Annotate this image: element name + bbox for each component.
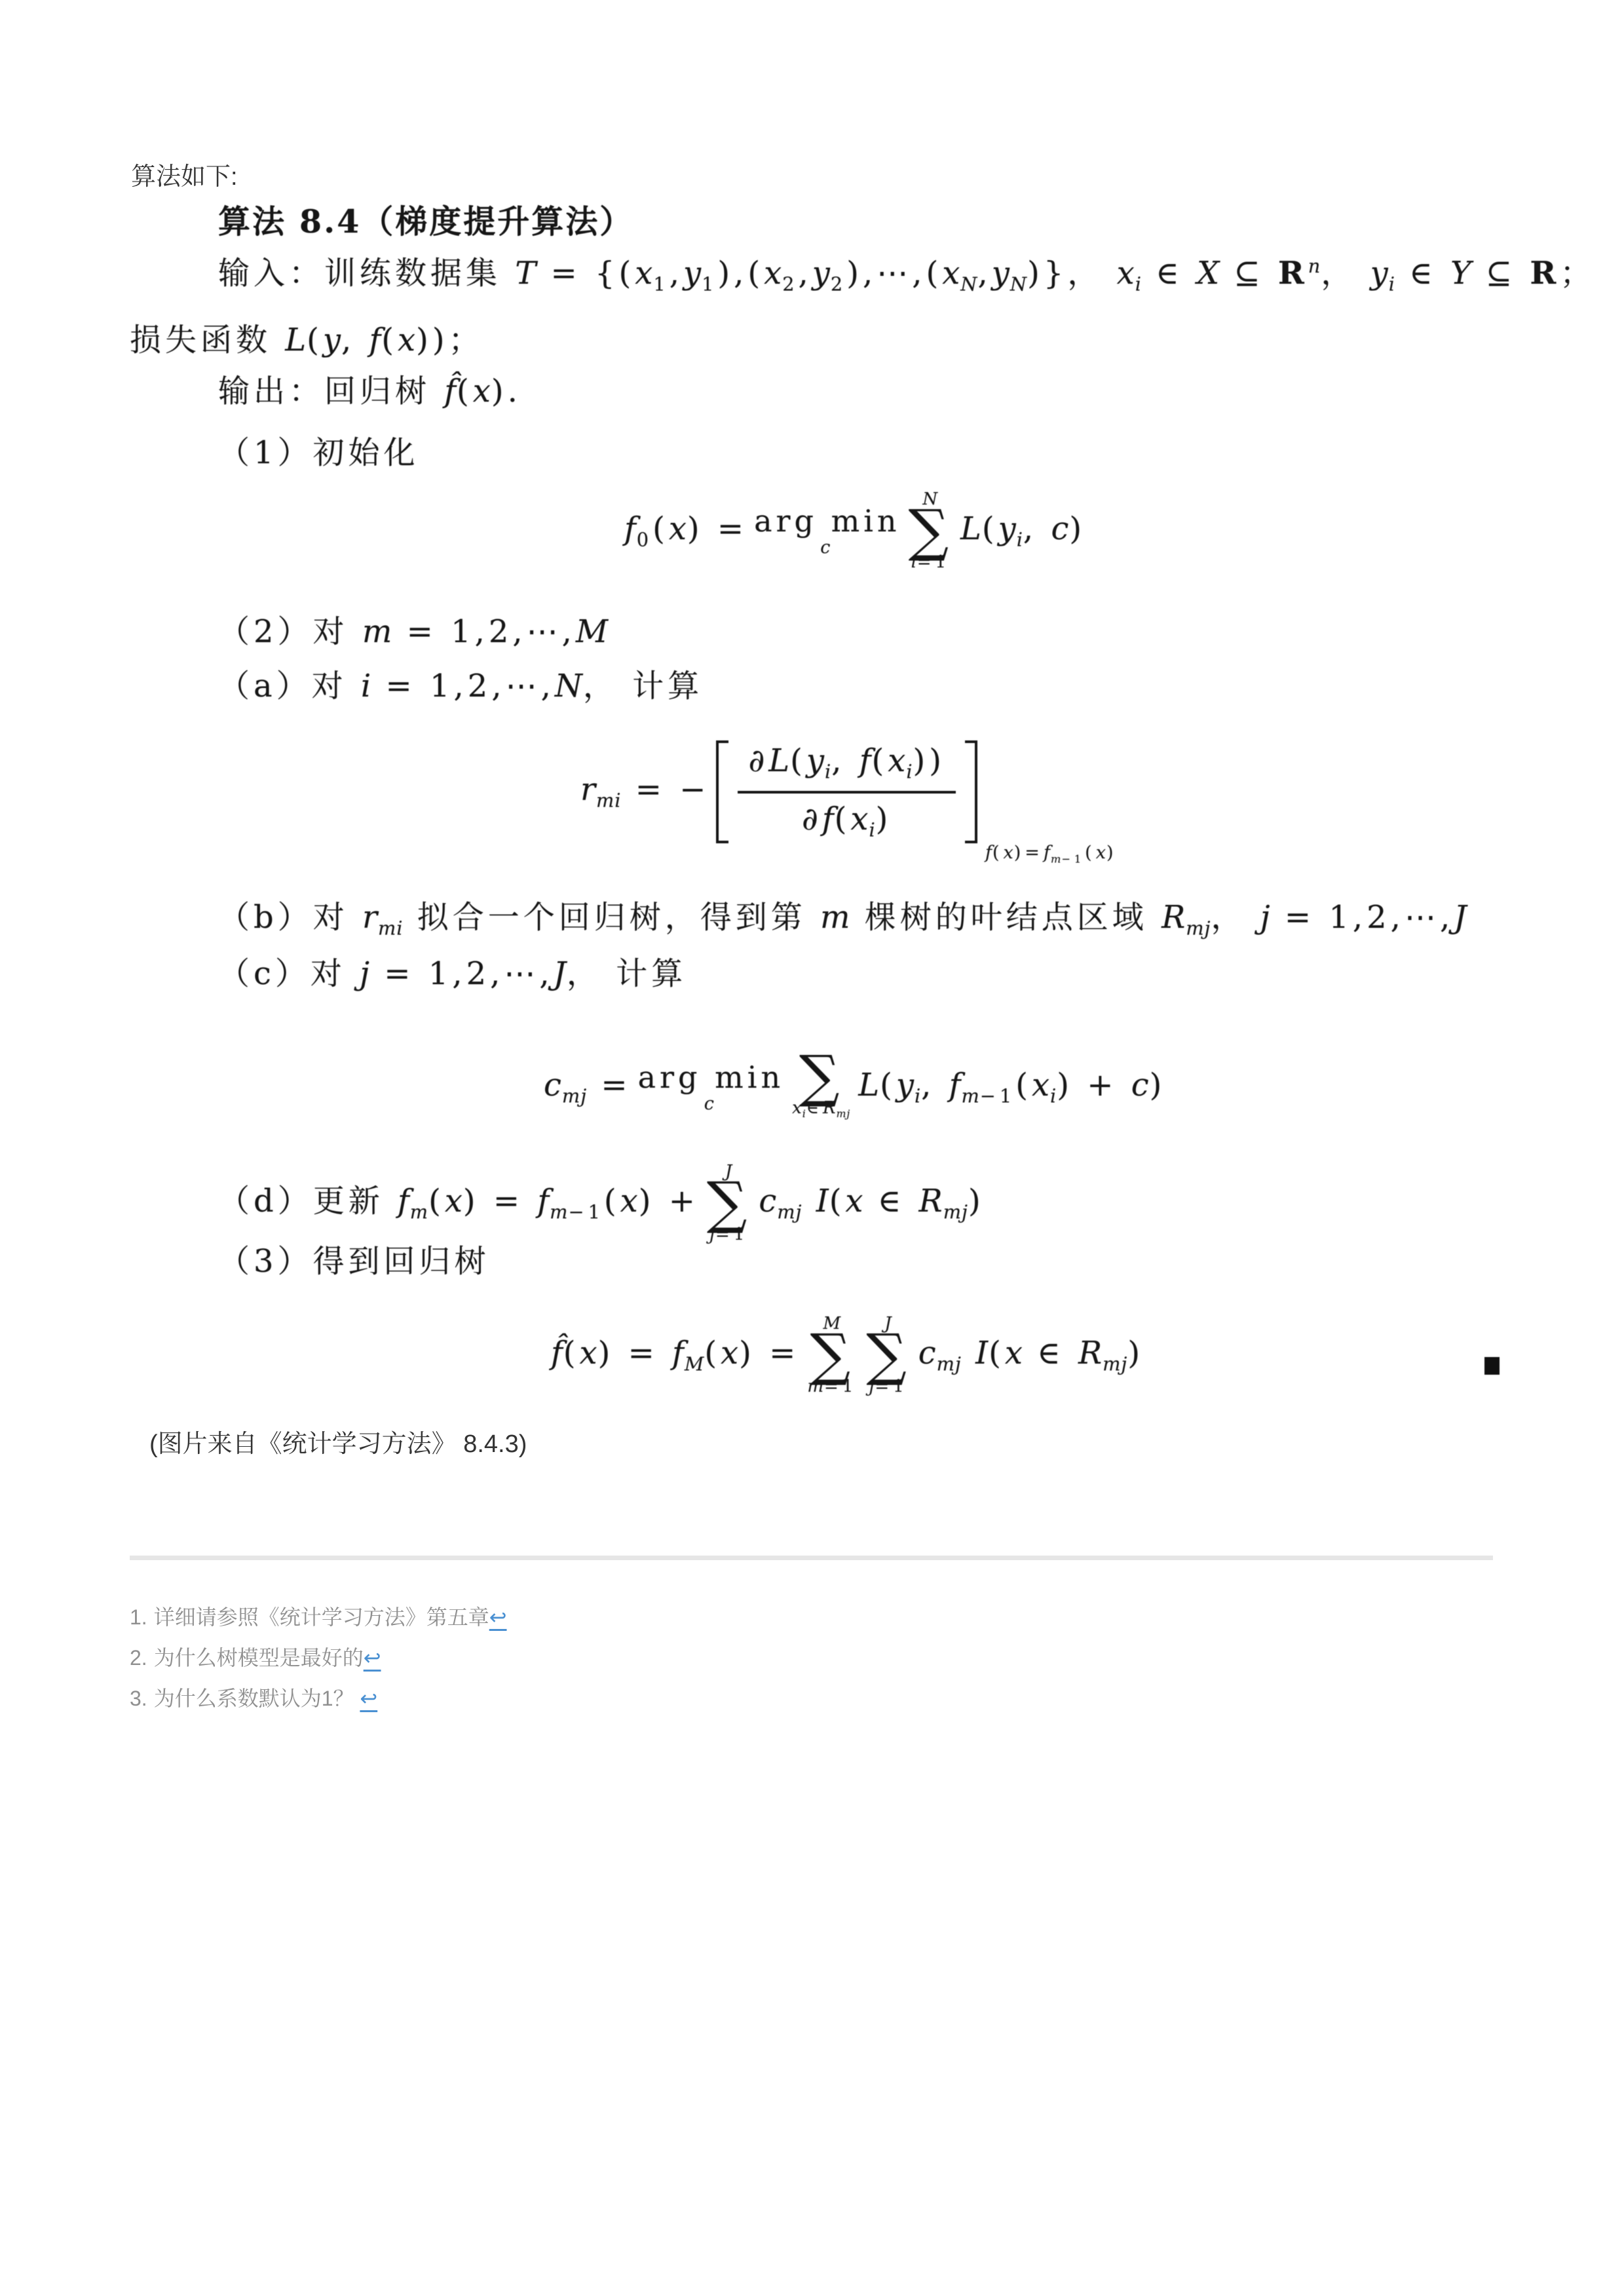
sigma-icon: ∑ <box>799 1055 843 1099</box>
footnote-text: 详细请参照《统计学习方法》第五章 <box>154 1605 489 1629</box>
derivative-fraction: ∂L(yi, f(xi)) ∂f(xi) <box>738 740 956 843</box>
sigma-icon: ∑ <box>810 1333 854 1377</box>
footnote-number: 2. <box>130 1646 147 1670</box>
footnote-item: 3.为什么系数默认为1？ ↩ <box>130 1685 507 1712</box>
algorithm-step3-line: （3）得到回归树 <box>218 1244 490 1280</box>
footnote-item: 2.为什么树模型是最好的↩ <box>130 1645 507 1671</box>
evaluation-condition: f(x)=fm−1(x) <box>985 843 1118 866</box>
formula-f0-rhs: L(yi, c) <box>960 511 1086 551</box>
sum-operator: M ∑ m=1 <box>807 1314 857 1396</box>
formula-update: （d）更新 fm(x) = fm−1(x) + J ∑ j=1 cmj I(x … <box>218 1162 985 1244</box>
footnote-text: 为什么树模型是最好的 <box>154 1646 364 1670</box>
formula-cmj: cmj = arg min c ∑ xi∈Rmj L(yi, fm−1(xi) … <box>544 1055 1165 1120</box>
sigma-icon: ∑ <box>909 509 953 553</box>
algorithm-step2b-line: （b）对 rmi 拟合一个回归树，得到第 m 棵树的叶结点区域 Rmj， j =… <box>218 900 1467 940</box>
intro-text: 算法如下: <box>131 156 238 192</box>
algorithm-step2-line: （2）对 m = 1,2,⋯,M <box>218 614 609 650</box>
algorithm-scan-image: 算法 8.4（梯度提升算法） 输入：训练数据集 T = {(x1,y1),(x2… <box>130 197 1493 1419</box>
sigma-icon: ∑ <box>866 1333 910 1377</box>
fraction-denominator: ∂f(xi) <box>791 794 902 844</box>
article-page: 算法如下: 算法 8.4（梯度提升算法） 输入：训练数据集 T = {(x1,y… <box>0 0 1624 2296</box>
algorithm-step1-line: （1）初始化 <box>218 435 419 471</box>
formula-cmj-lhs: cmj = <box>544 1067 632 1107</box>
image-caption: (图片来自《统计学习方法》 8.4.3) <box>149 1423 527 1459</box>
formula-update-prefix: （d）更新 fm(x) = fm−1(x) + <box>218 1183 699 1223</box>
footnote-text: 为什么系数默认为1？ <box>154 1687 360 1710</box>
formula-f0-lhs: f0(x) = <box>624 511 747 551</box>
argmin-operator: arg min c <box>754 506 900 556</box>
algorithm-title: 算法 8.4（梯度提升算法） <box>218 203 633 240</box>
algorithm-loss-line: 损失函数 L(y, f(x))； <box>130 322 484 358</box>
algorithm-step2c-line: （c）对 j = 1,2,⋯,J， 计算 <box>218 956 687 992</box>
footnotes-list: 1.详细请参照《统计学习方法》第五章↩ 2.为什么树模型是最好的↩ 3.为什么系… <box>130 1604 507 1726</box>
sum-operator: ∑ xi∈Rmj <box>792 1055 850 1120</box>
formula-final-lhs: f̂(x) = fM(x) = <box>551 1335 799 1375</box>
footnote-backlink-icon[interactable]: ↩ <box>364 1646 381 1670</box>
algorithm-step2a-line: （a）对 i = 1,2,⋯,N， 计算 <box>218 668 703 704</box>
left-bracket-icon <box>716 740 728 843</box>
footnote-backlink-icon[interactable]: ↩ <box>360 1687 377 1710</box>
formula-update-rhs: cmj I(x ∈ Rmj) <box>759 1183 984 1223</box>
formula-rmi-lhs: rmi = − <box>580 772 709 812</box>
algorithm-input-line: 输入：训练数据集 T = {(x1,y1),(x2,y2),⋯,(xN,yN)}… <box>218 256 1595 296</box>
formula-final: f̂(x) = fM(x) = M ∑ m=1 J ∑ j=1 cmj I(x … <box>551 1314 1144 1396</box>
footnote-backlink-icon[interactable]: ↩ <box>489 1605 507 1629</box>
footnote-divider <box>130 1556 1493 1560</box>
formula-f0: f0(x) = arg min c N ∑ i=1 L(yi, c) <box>624 490 1086 571</box>
sum-operator: J ∑ j=1 <box>866 1314 910 1396</box>
right-bracket-icon <box>965 740 977 843</box>
sum-operator: N ∑ i=1 <box>909 490 953 571</box>
footnote-number: 3. <box>130 1687 147 1710</box>
formula-cmj-rhs: L(yi, fm−1(xi) + c) <box>858 1067 1165 1107</box>
formula-final-rhs: cmj I(x ∈ Rmj) <box>918 1335 1144 1375</box>
sum-operator: J ∑ j=1 <box>707 1162 751 1244</box>
formula-rmi: rmi = − ∂L(yi, f(xi)) ∂f(xi) f(x)=fm−1(x… <box>580 740 1118 843</box>
footnote-item: 1.详细请参照《统计学习方法》第五章↩ <box>130 1604 507 1630</box>
fraction-numerator: ∂L(yi, f(xi)) <box>738 740 956 794</box>
algorithm-output-line: 输出：回归树 f̂(x). <box>218 373 521 410</box>
qed-square-icon <box>1484 1357 1500 1375</box>
footnote-number: 1. <box>130 1605 147 1629</box>
sigma-icon: ∑ <box>707 1181 751 1225</box>
argmin-operator: arg min c <box>638 1062 784 1113</box>
